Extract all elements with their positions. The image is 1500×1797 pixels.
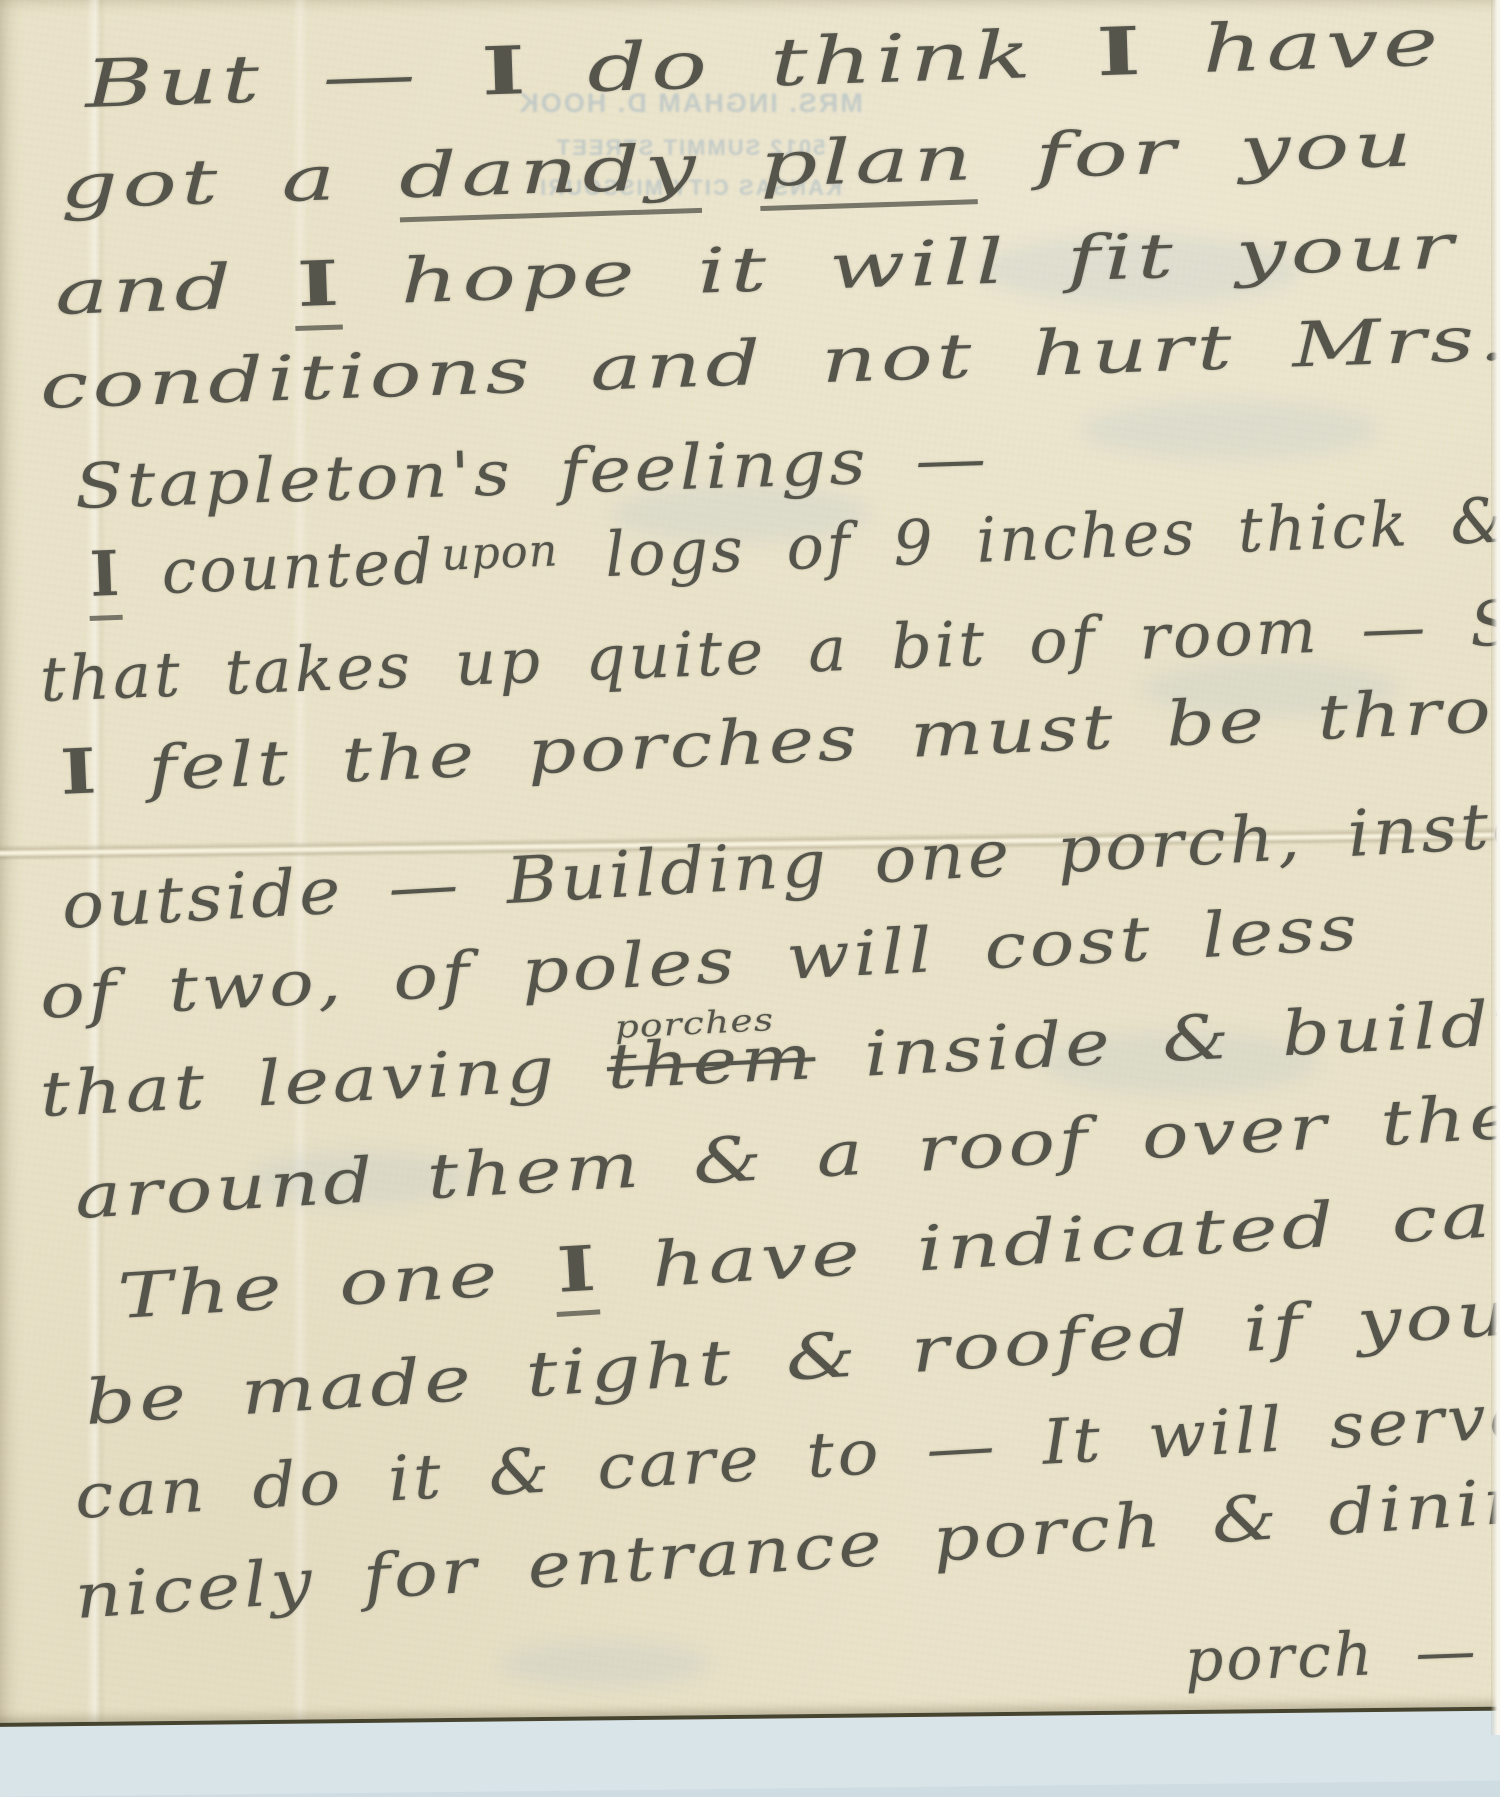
letter-word-segment: and: [54, 248, 296, 329]
letter-word-segment: hope it will fit your: [341, 209, 1459, 319]
letter-word-segment: upon: [440, 525, 559, 579]
letter-word-segment: I: [293, 247, 343, 332]
letter-word-segment: I: [552, 1232, 600, 1317]
letter-word-segment: I: [478, 31, 530, 111]
letter-word-segment: porch —: [1184, 1616, 1480, 1696]
paper-bottom-edge: [0, 1706, 1500, 1735]
letter-word-segment: plan: [758, 121, 977, 211]
inserted-word-above: porches: [614, 1003, 775, 1045]
letter-word-segment: do think: [527, 14, 1095, 109]
letter-word-segment: [699, 128, 761, 203]
letter-word-segment: I: [87, 537, 123, 621]
letter-word-segment: for you: [975, 107, 1417, 194]
letter-word-segment: got a: [59, 139, 400, 223]
letter-page: MRS. INGHAM D. HOOK 5012 SUMMIT STREET K…: [0, 0, 1500, 1735]
letter-word-segment: The one: [116, 1234, 557, 1333]
bleedthrough-smudge: [1080, 400, 1380, 460]
letter-word-segment: themporches: [605, 1020, 817, 1103]
letter-word-segment: But —: [84, 34, 480, 123]
bleedthrough-smudge: [500, 1640, 710, 1688]
letter-word-segment: I: [56, 734, 100, 809]
letter-word-segment: counted: [120, 525, 437, 610]
letter-line: porch —: [1184, 1618, 1480, 1695]
letter-word-segment: I: [1093, 12, 1145, 92]
letter-word-segment: inside & building: [813, 981, 1500, 1093]
letter-word-segment: that leaving: [38, 1030, 609, 1131]
letter-word-segment: have: [1142, 3, 1443, 89]
letter-word-segment: dandy: [398, 130, 702, 222]
paper-right-edge: [1491, 0, 1500, 1735]
